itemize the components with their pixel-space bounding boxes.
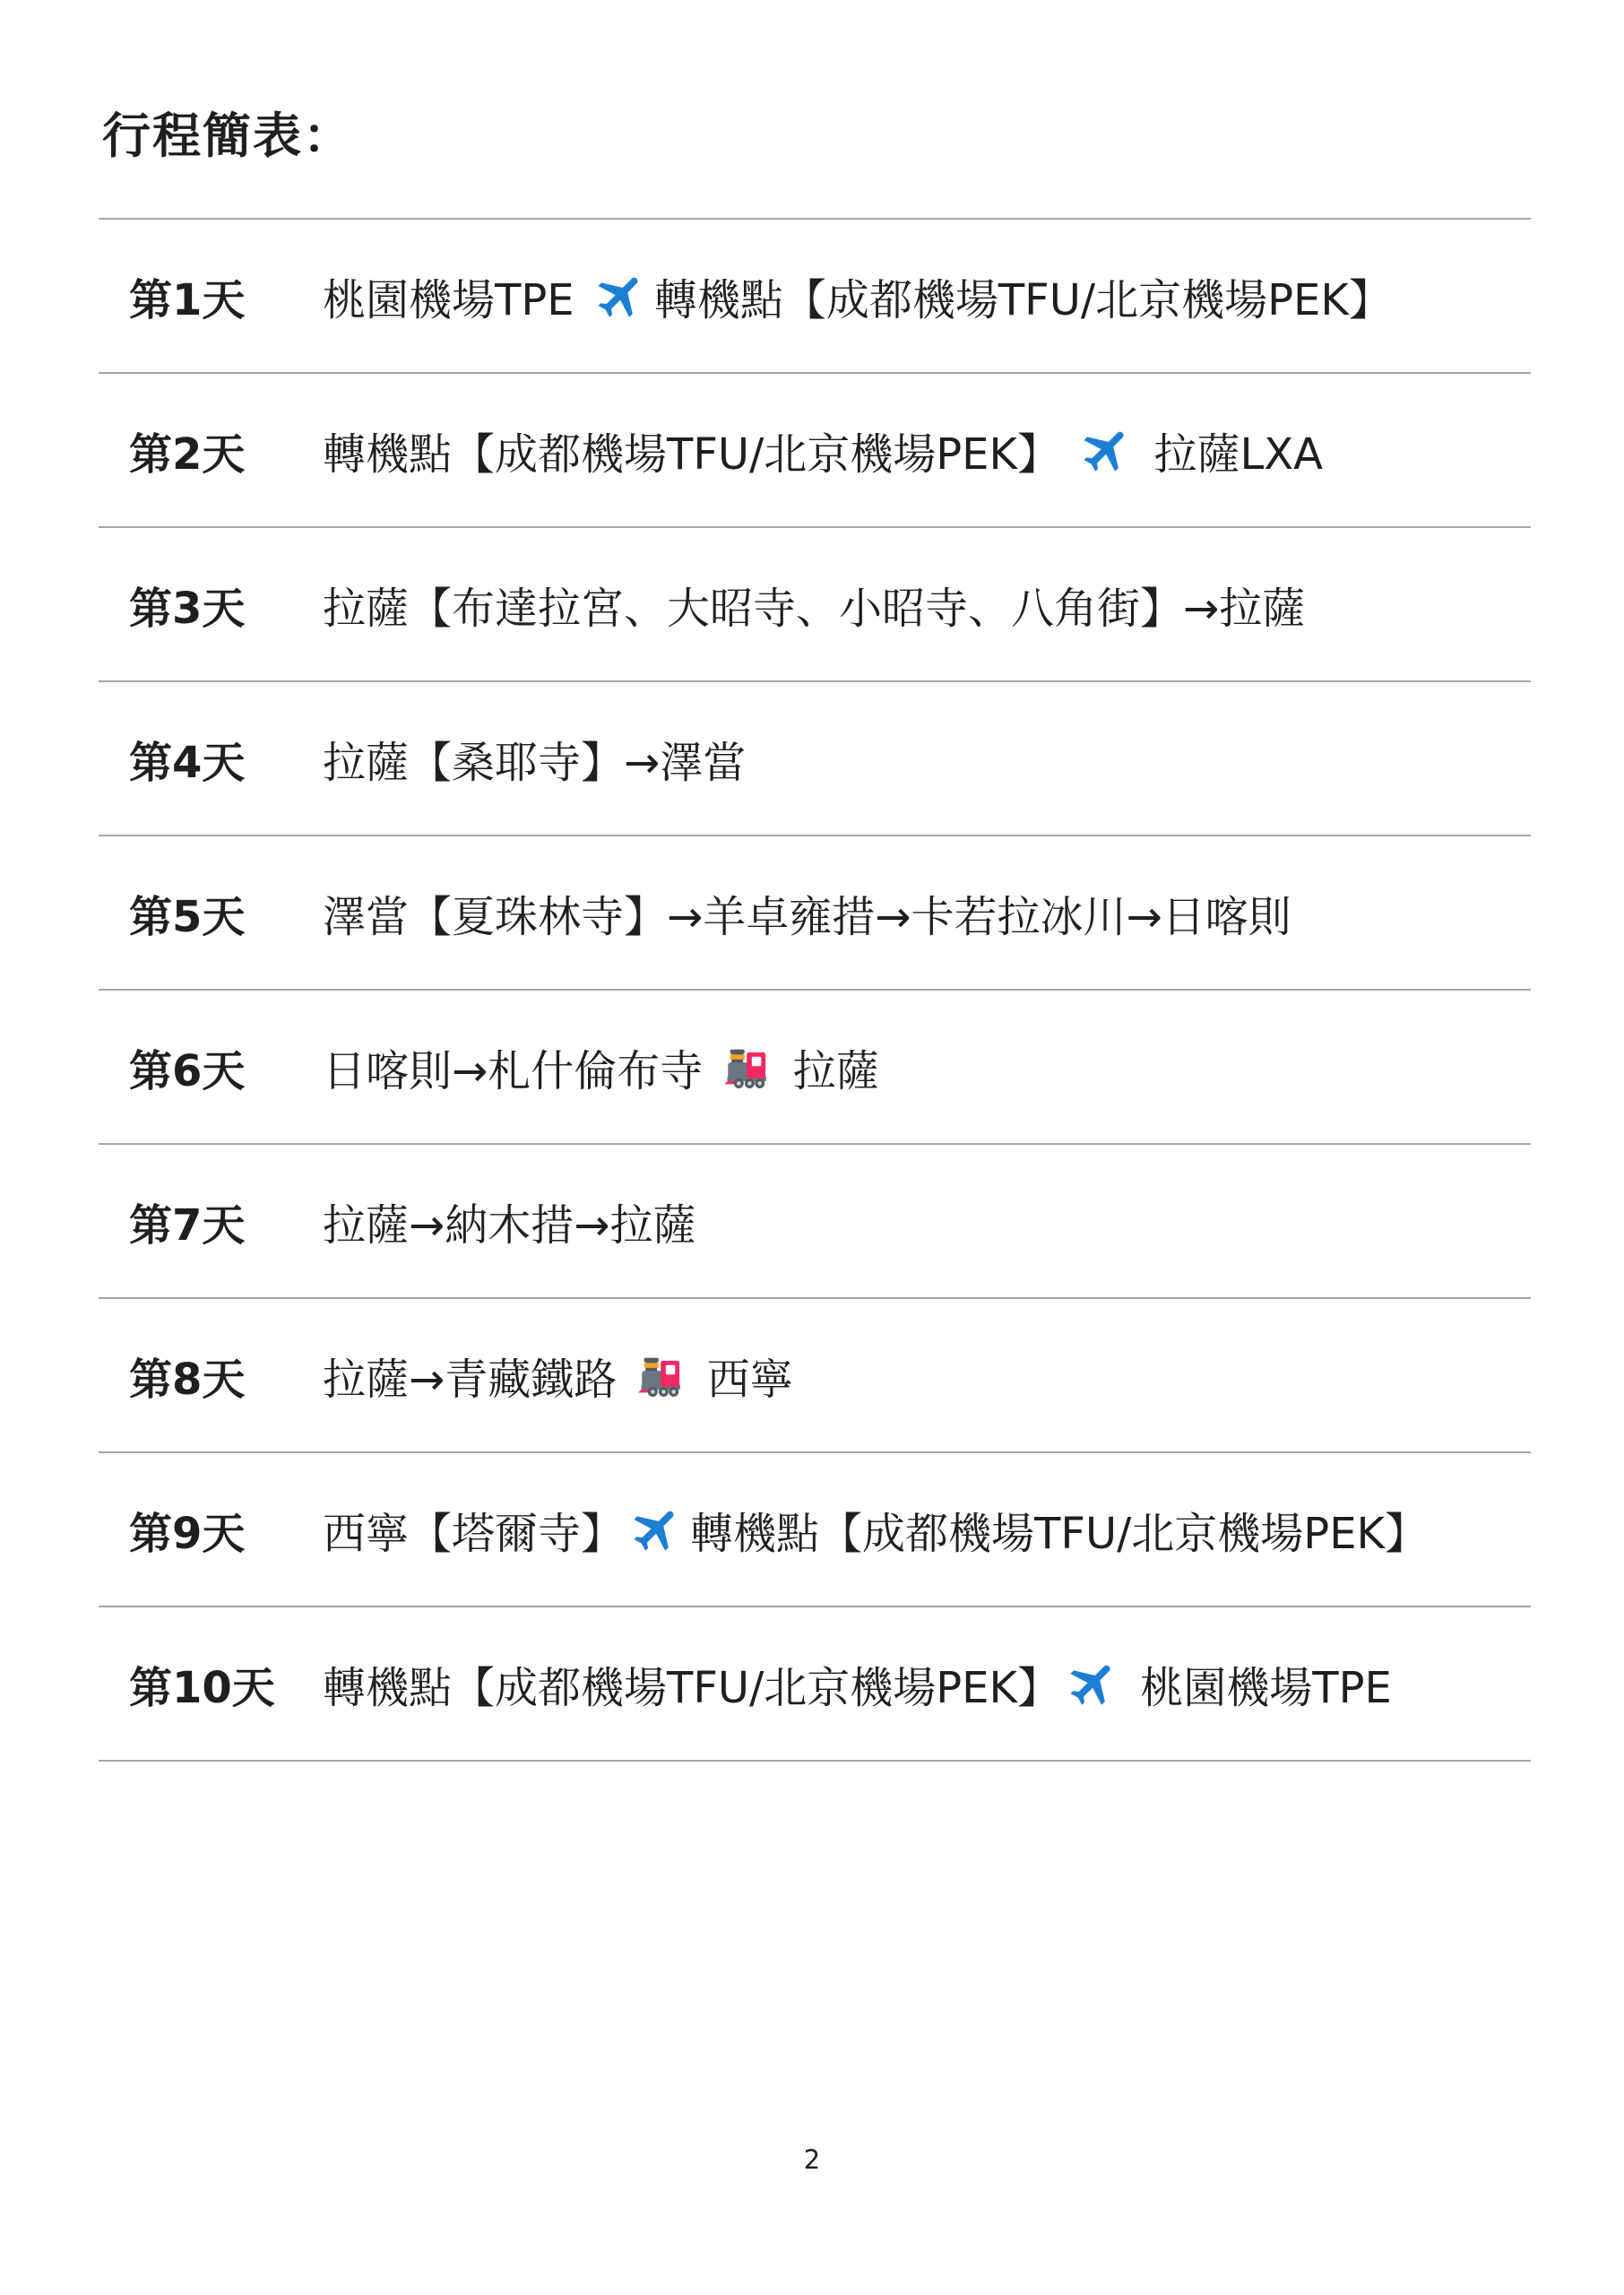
itinerary-row: 第1天 桃園機場TPE 轉機點【成都機場TFU/北京機場PEK】 [99,220,1531,374]
day-description: 澤當【夏珠林寺】→羊卓雍措→卡若拉冰川→日喀則 [323,882,1291,944]
description-text: 轉機點【成都機場TFU/北京機場PEK】 [323,420,1074,481]
description-text: 拉薩 [779,1036,878,1098]
itinerary-row: 第4天 拉薩【桑耶寺】→澤當 [99,682,1531,836]
day-label: 第8天 [99,1345,323,1407]
description-text: 拉薩LXA [1140,420,1323,481]
description-text: 轉機點【成都機場TFU/北京機場PEK】 [690,1499,1428,1561]
itinerary-row: 第2天 轉機點【成都機場TFU/北京機場PEK】 拉薩LXA [99,374,1531,528]
itinerary-row: 第6天 日喀則→札什倫布寺 拉薩 [99,991,1531,1145]
itinerary-row: 第10天 轉機點【成都機場TFU/北京機場PEK】 桃園機場TPE [99,1607,1531,1762]
day-description: 日喀則→札什倫布寺 拉薩 [323,1036,879,1098]
day-label: 第1天 [99,265,323,327]
description-text: 轉機點【成都機場TFU/北京機場PEK】 [654,265,1392,327]
day-description: 拉薩【布達拉宮、大昭寺、小昭寺、八角街】→拉薩 [323,574,1305,636]
day-label: 第4天 [99,728,323,790]
day-label: 第9天 [99,1499,323,1561]
day-description: 轉機點【成都機場TFU/北京機場PEK】 桃園機場TPE [323,1653,1392,1715]
description-text: 澤當【夏珠林寺】→羊卓雍措→卡若拉冰川→日喀則 [323,882,1291,944]
day-label: 第6天 [99,1036,323,1098]
plane-icon [629,1502,685,1557]
page-title: 行程簡表： [102,109,353,162]
day-description: 轉機點【成都機場TFU/北京機場PEK】 拉薩LXA [323,420,1323,481]
itinerary-row: 第9天 西寧【塔爾寺】轉機點【成都機場TFU/北京機場PEK】 [99,1453,1531,1607]
description-text: 拉薩【布達拉宮、大昭寺、小昭寺、八角街】→拉薩 [323,574,1305,636]
day-label: 第3天 [99,574,323,636]
day-label: 第10天 [99,1653,323,1715]
description-text: 拉薩→青藏鐵路 [323,1345,630,1407]
day-description: 拉薩→納木措→拉薩 [323,1191,695,1252]
plane-icon [1066,1656,1121,1711]
day-description: 拉薩→青藏鐵路 西寧 [323,1345,793,1407]
day-label: 第7天 [99,1191,323,1252]
train-icon [635,1349,687,1401]
train-icon [721,1041,773,1093]
itinerary-row: 第7天 拉薩→納木措→拉薩 [99,1145,1531,1299]
description-text: 桃園機場TPE [323,265,588,327]
itinerary-row: 第3天 拉薩【布達拉宮、大昭寺、小昭寺、八角街】→拉薩 [99,528,1531,682]
day-description: 拉薩【桑耶寺】→澤當 [323,728,746,790]
itinerary-table: 第1天 桃園機場TPE 轉機點【成都機場TFU/北京機場PEK】 第2天 轉機點… [99,218,1531,1762]
description-text: 拉薩→納木措→拉薩 [323,1191,695,1252]
plane-icon [593,268,649,324]
day-label: 第2天 [99,420,323,481]
description-text: 西寧 [693,1345,792,1407]
description-text: 桃園機場TPE [1127,1653,1392,1715]
page-number: 2 [0,2144,1624,2175]
itinerary-row: 第8天 拉薩→青藏鐵路 西寧 [99,1299,1531,1453]
day-label: 第5天 [99,882,323,944]
itinerary-row: 第5天 澤當【夏珠林寺】→羊卓雍措→卡若拉冰川→日喀則 [99,836,1531,991]
description-text: 轉機點【成都機場TFU/北京機場PEK】 [323,1653,1060,1715]
day-description: 桃園機場TPE 轉機點【成都機場TFU/北京機場PEK】 [323,265,1392,327]
description-text: 西寧【塔爾寺】 [323,1499,624,1561]
description-text: 日喀則→札什倫布寺 [323,1036,716,1098]
day-description: 西寧【塔爾寺】轉機點【成都機場TFU/北京機場PEK】 [323,1499,1428,1561]
plane-icon [1079,422,1135,478]
description-text: 拉薩【桑耶寺】→澤當 [323,728,746,790]
